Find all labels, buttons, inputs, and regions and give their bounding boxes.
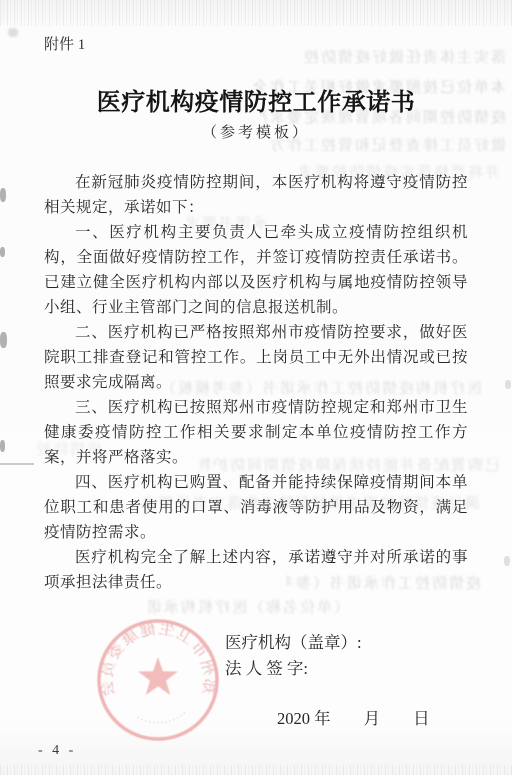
scan-speck [504,556,510,566]
seal-code-marks: ••••••••••••• [133,712,187,727]
official-seal-bleedthrough-icon: 郑州市卫生健康委员会 ••••••••••••• [94,616,222,744]
body-paragraph: 一、医疗机构主要负责人已牵头成立疫情防控组织机构，全面做好疫情防控工作，并签订疫… [44,220,468,320]
body-paragraph: 在新冠肺炎疫情防控期间，本医疗机构将遵守疫情防控相关规定，承诺如下： [44,170,468,220]
scanned-document-page: 落实主体责任做好疫情防控 本单位已按照要求做好相关工作全面 疫情防控期间各项管理… [0,0,512,775]
body-paragraph: 医疗机构完全了解上述内容，承诺遵守并对所承诺的事项承担法律责任。 [44,545,468,595]
seal-text: 郑州市卫生健康委员会 [97,619,218,699]
page-number: - 4 - [38,743,76,759]
scan-speck [0,332,7,348]
scan-speck [505,380,511,389]
bleedthrough-line: 落实主体责任做好疫情防控 [286,46,506,67]
body-paragraph: 二、医疗机构已严格按照郑州市疫情防控要求，做好医院职工排查登记和管控工作。上岗员… [44,320,468,395]
date-line: 2020 年 月 日 [277,705,430,729]
signature-block: 医疗机构（盖章）: 法 人 签 字: [225,630,362,682]
scan-speck [0,440,5,452]
signature-legal-line: 法 人 签 字: [225,656,362,682]
scan-artifact-bottom [0,765,512,775]
body-paragraph: 三、医疗机构已按照郑州市疫情防控规定和郑州市卫生健康委疫情防控工作相关要求制定本… [44,395,468,470]
scan-speck [8,28,18,37]
seal-ring [99,621,217,739]
scan-speck [0,463,34,465]
body-paragraph: 四、医疗机构已购置、配备并能持续保障疫情期间本单位职工和患者使用的口罩、消毒液等… [44,470,468,545]
svg-text:•••••••••••••: ••••••••••••• [133,712,187,727]
scan-speck [0,188,6,202]
scan-speck [0,247,5,257]
page-title: 医疗机构疫情防控工作承诺书 [0,82,512,117]
signature-org-line: 医疗机构（盖章）: [225,630,362,656]
attachment-label: 附件 1 [44,33,85,54]
document-body: 在新冠肺炎疫情防控期间，本医疗机构将遵守疫情防控相关规定，承诺如下： 一、医疗机… [44,170,468,595]
svg-text:郑州市卫生健康委员会: 郑州市卫生健康委员会 [97,619,218,699]
page-subtitle: （参考模板） [0,121,512,142]
scan-artifact-top [0,0,512,26]
bleedthrough-line: （单位名称）医疗机构承诺 [147,596,349,617]
seal-star-icon [138,657,178,695]
